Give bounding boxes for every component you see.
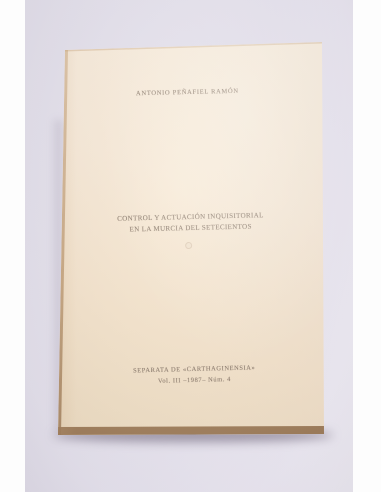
photo-background: ANTONIO PEÑAFIEL RAMÓN CONTROL Y ACTUACI… [25, 0, 353, 492]
photo-canvas: ANTONIO PEÑAFIEL RAMÓN CONTROL Y ACTUACI… [0, 0, 381, 492]
printed-text-layer: ANTONIO PEÑAFIEL RAMÓN CONTROL Y ACTUACI… [53, 39, 329, 440]
staple-mark [185, 242, 192, 249]
imprint-block: SEPARATA DE «CARTHAGINENSIA» Vol. III –1… [69, 361, 319, 389]
booklet-title: CONTROL Y ACTUACIÓN INQUISITORIAL EN LA … [65, 209, 315, 236]
booklet-cover: ANTONIO PEÑAFIEL RAMÓN CONTROL Y ACTUACI… [58, 42, 324, 437]
author-name: ANTONIO PEÑAFIEL RAMÓN [62, 86, 312, 99]
